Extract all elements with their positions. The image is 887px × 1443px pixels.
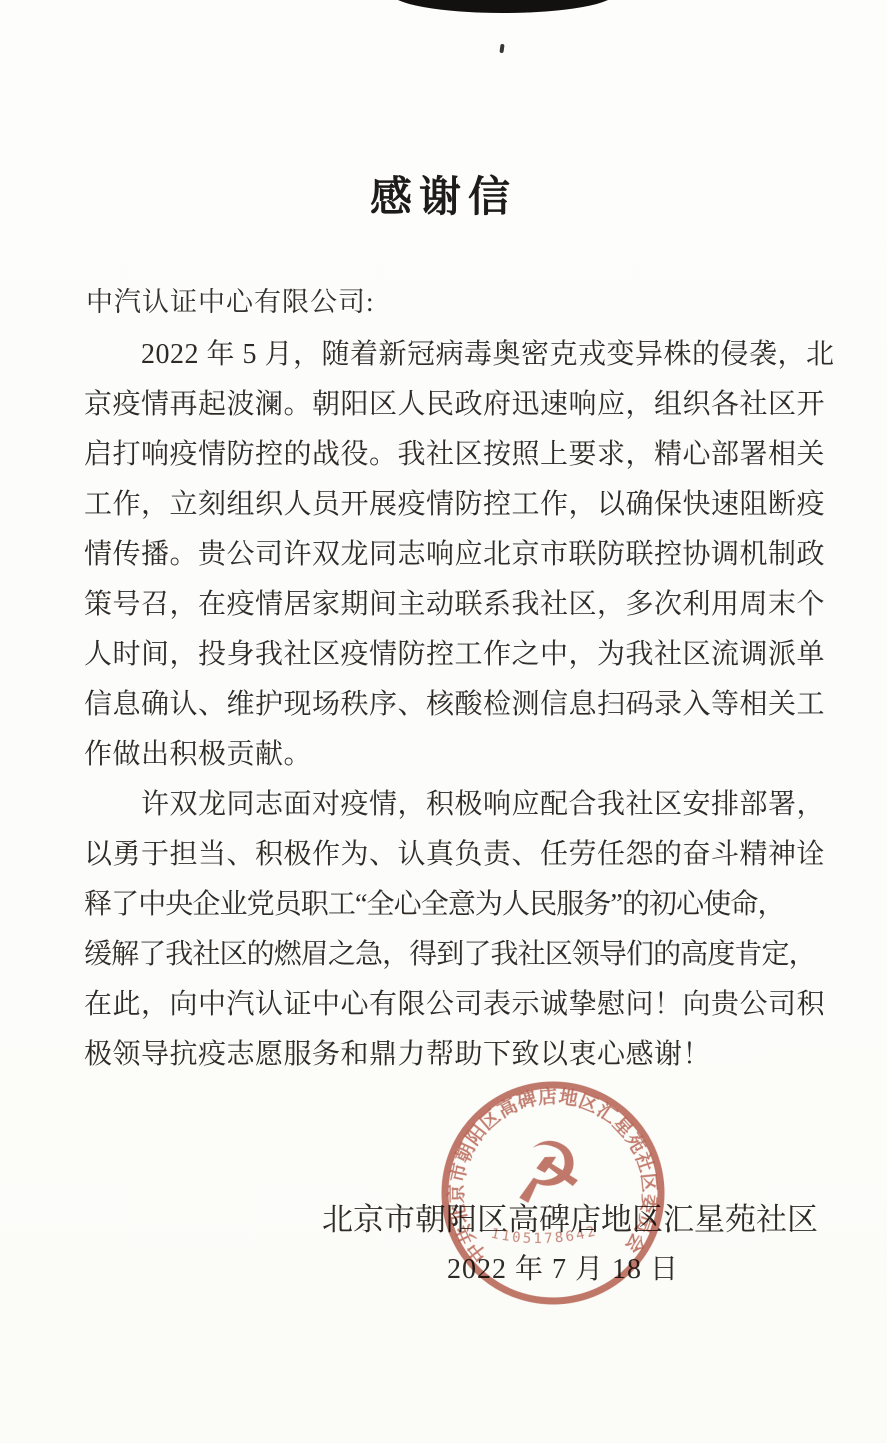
- official-seal: 中共北京市朝阳区高碑店地区汇星苑社区委员会 ☭ 1105178642: [427, 1067, 678, 1318]
- body-line: 作做出积极贡献。: [84, 730, 829, 780]
- scan-artifact-speck: [499, 44, 504, 53]
- body-line: 缓解了我社区的燃眉之急，得到了我社区领导们的高度肯定，: [84, 930, 829, 980]
- body-line: 启打响疫情防控的战役。我社区按照上要求，精心部署相关: [84, 430, 829, 480]
- body-line: 2022 年 5 月，随着新冠病毒奥密克戎变异株的侵袭，北: [84, 330, 829, 380]
- salutation: 中汽认证中心有限公司:: [86, 284, 375, 320]
- body-line: 情传播。贵公司许双龙同志响应北京市联防联控协调机制政: [84, 530, 829, 580]
- body-line: 工作，立刻组织人员开展疫情防控工作，以确保快速阻断疫: [84, 480, 829, 530]
- scan-artifact-blob: [391, 0, 615, 13]
- body-line: 极领导抗疫志愿服务和鼎力帮助下致以衷心感谢！: [84, 1030, 829, 1080]
- hammer-and-sickle-icon: ☭: [507, 1123, 589, 1224]
- body-line: 人时间，投身我社区疫情防控工作之中，为我社区流调派单: [84, 630, 829, 680]
- body-line: 策号召，在疫情居家期间主动联系我社区，多次利用周末个: [84, 580, 829, 630]
- body-line: 释了中央企业党员职工“全心全意为人民服务”的初心使命，: [84, 880, 829, 930]
- body-line: 以勇于担当、积极作为、认真负责、任劳任怨的奋斗精神诠: [84, 830, 829, 880]
- body-line: 信息确认、维护现场秩序、核酸检测信息扫码录入等相关工: [84, 680, 829, 730]
- letter-page: 感谢信 中汽认证中心有限公司: 2022 年 5 月，随着新冠病毒奥密克戎变异株…: [0, 0, 887, 1443]
- letter-title: 感谢信: [0, 173, 887, 221]
- letter-body: 2022 年 5 月，随着新冠病毒奥密克戎变异株的侵袭，北 京疫情再起波澜。朝阳…: [84, 330, 829, 1080]
- body-line: 许双龙同志面对疫情，积极响应配合我社区安排部署，: [84, 780, 829, 830]
- seal-code-digits: 1105178642: [488, 1216, 600, 1252]
- body-line: 在此，向中汽认证中心有限公司表示诚挚慰问！向贵公司积: [84, 980, 829, 1030]
- body-line: 京疫情再起波澜。朝阳区人民政府迅速响应，组织各社区开: [84, 380, 829, 430]
